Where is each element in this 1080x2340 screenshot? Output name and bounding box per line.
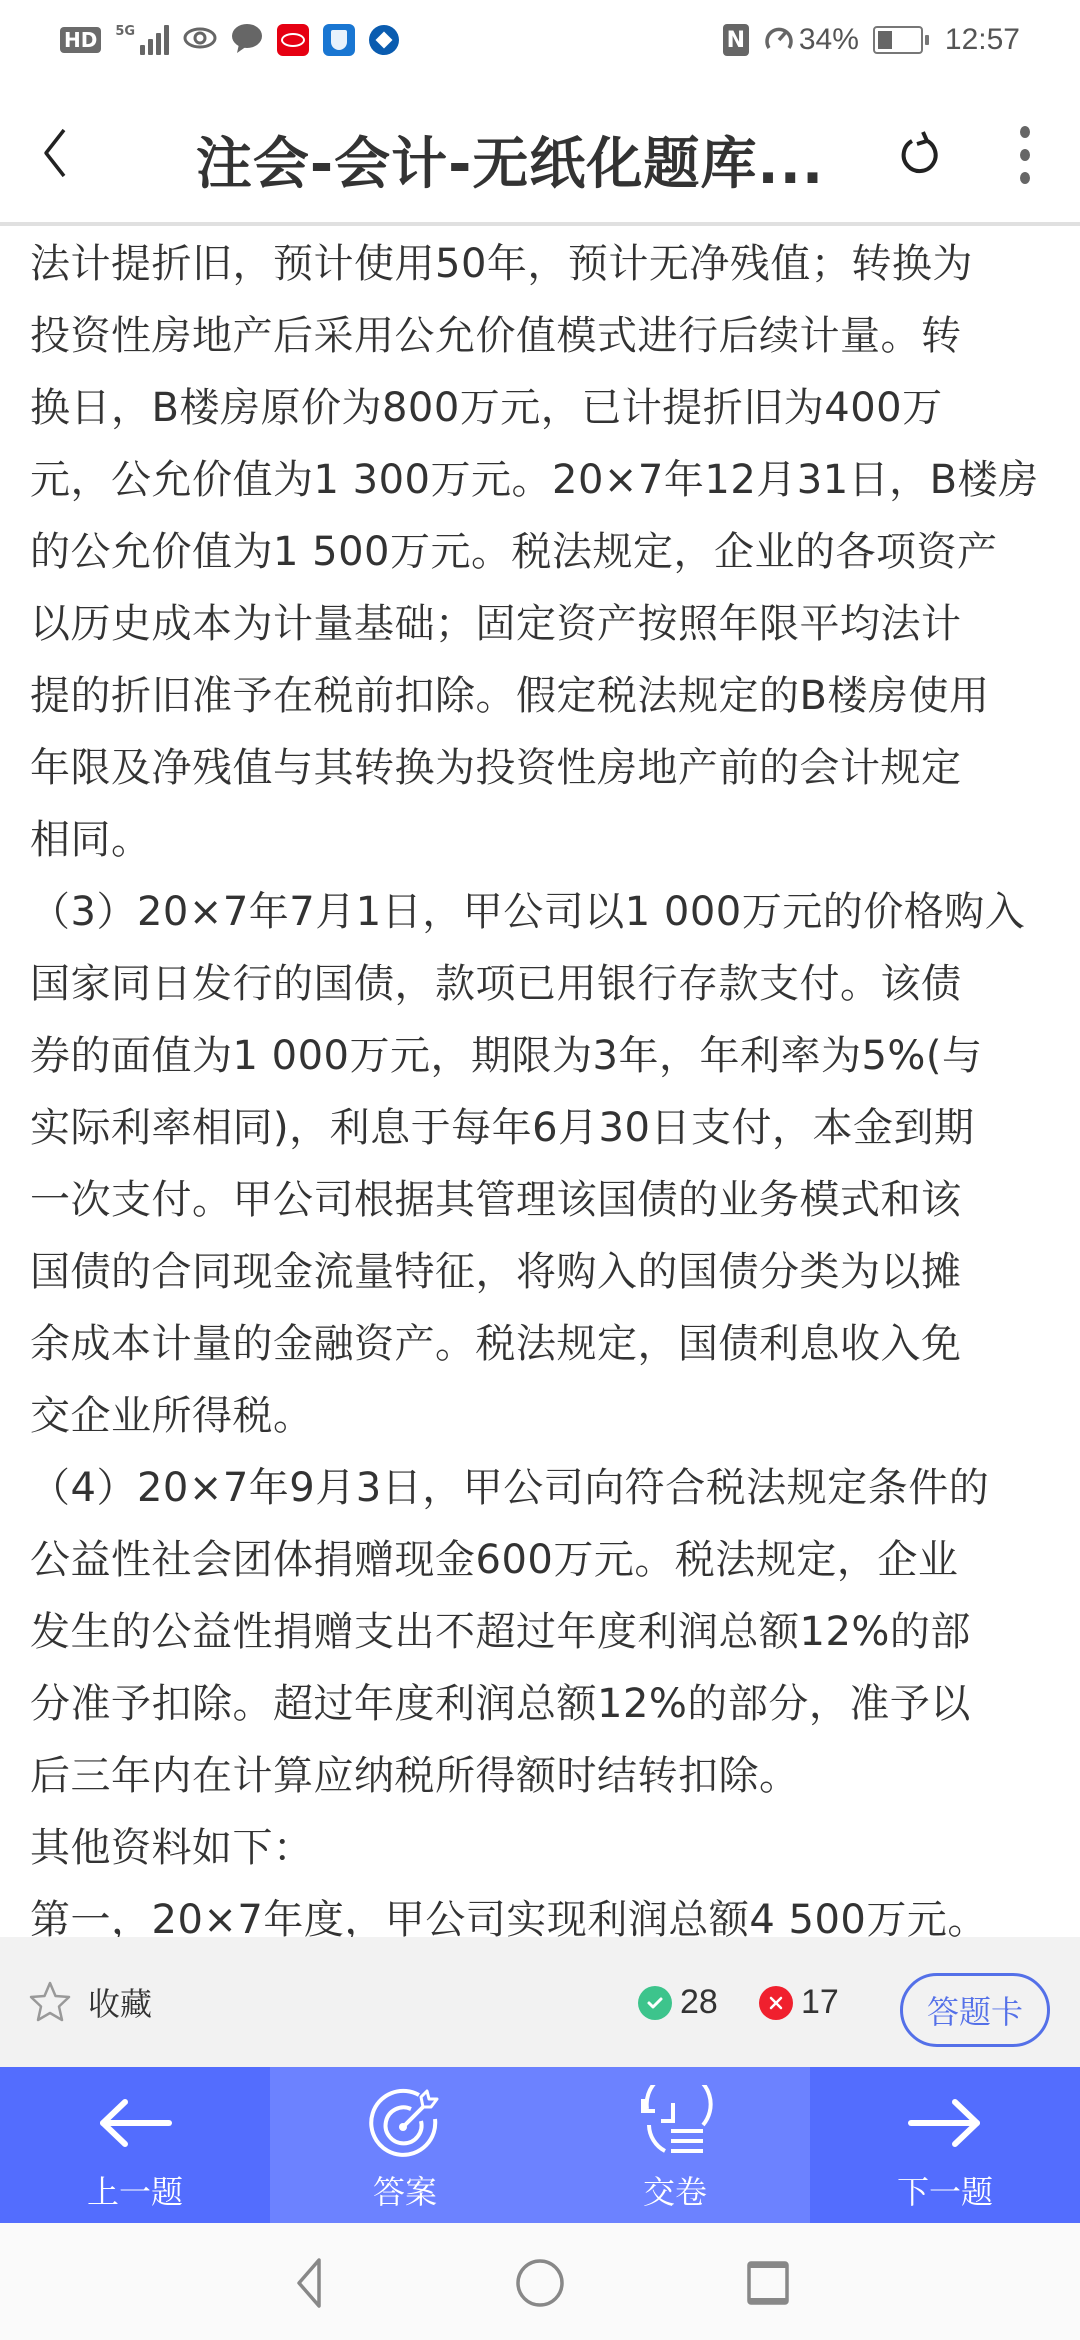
submit-history-icon bbox=[635, 2085, 715, 2161]
status-bar: HD 5G N 34% 12:57 bbox=[0, 0, 1080, 80]
arrow-right-icon bbox=[905, 2085, 985, 2161]
content-line: 相同。 bbox=[30, 804, 1050, 876]
x-circle-icon bbox=[759, 1986, 793, 2020]
content-line: 第一，20×7年度，甲公司实现利润总额4 500万元。 bbox=[30, 1884, 1050, 1937]
prev-question-button[interactable]: 上一题 bbox=[0, 2067, 270, 2223]
battery-percent: 34% bbox=[799, 23, 859, 57]
submit-exam-button[interactable]: 交卷 bbox=[540, 2067, 810, 2223]
content-line: 投资性房地产后采用公允价值模式进行后续计量。转 bbox=[30, 300, 1050, 372]
next-question-label: 下一题 bbox=[897, 2167, 993, 2213]
info-bar: 收藏 28 17 答题卡 bbox=[0, 1937, 1080, 2067]
wrong-count-value: 17 bbox=[801, 1983, 839, 2022]
content-line: （3）20×7年7月1日，甲公司以1 000万元的价格购入 bbox=[30, 876, 1050, 948]
check-circle-icon bbox=[638, 1986, 672, 2020]
action-bar: 上一题 答案 交卷 下一题 bbox=[0, 2067, 1080, 2223]
content-line: 年限及净残值与其转换为投资性房地产前的会计规定 bbox=[30, 732, 1050, 804]
content-line: 元，公允价值为1 300万元。20×7年12月31日，B楼房 bbox=[30, 444, 1050, 516]
eye-icon bbox=[183, 26, 217, 54]
answer-card-button[interactable]: 答题卡 bbox=[900, 1973, 1050, 2047]
content-line: 的公允价值为1 500万元。税法规定，企业的各项资产 bbox=[30, 516, 1050, 588]
content-line: 实际利率相同)，利息于每年6月30日支付，本金到期 bbox=[30, 1092, 1050, 1164]
shield-app-icon bbox=[323, 24, 355, 56]
target-icon bbox=[365, 2085, 445, 2161]
system-nav-bar bbox=[0, 2223, 1080, 2340]
content-line: 后三年内在计算应纳税所得额时结转扣除。 bbox=[30, 1740, 1050, 1812]
content-line: 交企业所得税。 bbox=[30, 1380, 1050, 1452]
content-line: 余成本计量的金融资产。税法规定，国债利息收入免 bbox=[30, 1308, 1050, 1380]
chat-bubble-icon bbox=[231, 22, 263, 58]
correct-count: 28 bbox=[638, 1983, 718, 2022]
correct-count-value: 28 bbox=[680, 1983, 718, 2022]
answer-button[interactable]: 答案 bbox=[270, 2067, 540, 2223]
content-line: 换日，B楼房原价为800万元，已计提折旧为400万 bbox=[30, 372, 1050, 444]
content-line: 以历史成本为计量基础；固定资产按照年限平均法计 bbox=[30, 588, 1050, 660]
status-right-icons: N 34% 12:57 bbox=[723, 22, 1020, 58]
nav-home-button[interactable] bbox=[515, 2257, 565, 2309]
content-line: 券的面值为1 000万元，期限为3年，年利率为5%(与 bbox=[30, 1020, 1050, 1092]
refresh-icon bbox=[895, 130, 945, 180]
content-line: 国债的合同现金流量特征，将购入的国债分类为以摊 bbox=[30, 1236, 1050, 1308]
question-content[interactable]: 法计提折旧，预计使用50年，预计无净残值；转换为 投资性房地产后采用公允价值模式… bbox=[0, 230, 1080, 1937]
star-outline-icon bbox=[28, 1980, 72, 2024]
clock: 12:57 bbox=[945, 23, 1020, 57]
app-header: 注会-会计-无纸化题库... bbox=[0, 80, 1080, 226]
byd-app-icon bbox=[277, 24, 309, 56]
content-line: 提的折旧准予在税前扣除。假定税法规定的B楼房使用 bbox=[30, 660, 1050, 732]
page-title: 注会-会计-无纸化题库... bbox=[120, 120, 900, 200]
favorite-button[interactable]: 收藏 bbox=[28, 1979, 152, 2025]
nav-home-icon bbox=[515, 2257, 565, 2309]
battery-icon bbox=[873, 26, 923, 54]
nav-recents-icon bbox=[746, 2260, 790, 2306]
content-line: 一次支付。甲公司根据其管理该国债的业务模式和该 bbox=[30, 1164, 1050, 1236]
nfc-icon: N bbox=[723, 24, 749, 56]
refresh-button[interactable] bbox=[890, 125, 950, 185]
content-line: 公益性社会团体捐赠现金600万元。税法规定，企业 bbox=[30, 1524, 1050, 1596]
content-line: 其他资料如下： bbox=[30, 1812, 1050, 1884]
nav-back-icon bbox=[295, 2257, 325, 2309]
nav-back-button[interactable] bbox=[285, 2257, 335, 2309]
answer-label: 答案 bbox=[373, 2167, 437, 2213]
arrow-left-icon bbox=[95, 2085, 175, 2161]
prev-question-label: 上一题 bbox=[87, 2167, 183, 2213]
content-line: （4）20×7年9月3日，甲公司向符合税法规定条件的 bbox=[30, 1452, 1050, 1524]
more-vertical-icon bbox=[1020, 126, 1030, 138]
content-line: 发生的公益性捐赠支出不超过年度利润总额12%的部 bbox=[30, 1596, 1050, 1668]
nav-recents-button[interactable] bbox=[743, 2257, 793, 2309]
favorite-label: 收藏 bbox=[88, 1979, 152, 2025]
more-menu-button[interactable] bbox=[1005, 120, 1045, 190]
bank-app-icon bbox=[369, 25, 399, 55]
next-question-button[interactable]: 下一题 bbox=[810, 2067, 1080, 2223]
speedometer-icon bbox=[763, 22, 795, 58]
chevron-left-icon bbox=[40, 128, 70, 178]
submit-exam-label: 交卷 bbox=[643, 2167, 707, 2213]
content-line: 法计提折旧，预计使用50年，预计无净残值；转换为 bbox=[30, 230, 1050, 300]
status-left-icons: HD 5G bbox=[60, 22, 399, 58]
5g-signal-icon: 5G bbox=[115, 25, 169, 55]
back-button[interactable] bbox=[30, 118, 80, 188]
content-line: 分准予扣除。超过年度利润总额12%的部分，准予以 bbox=[30, 1668, 1050, 1740]
wrong-count: 17 bbox=[759, 1983, 839, 2022]
hd-icon: HD bbox=[60, 27, 101, 53]
content-line: 国家同日发行的国债，款项已用银行存款支付。该债 bbox=[30, 948, 1050, 1020]
